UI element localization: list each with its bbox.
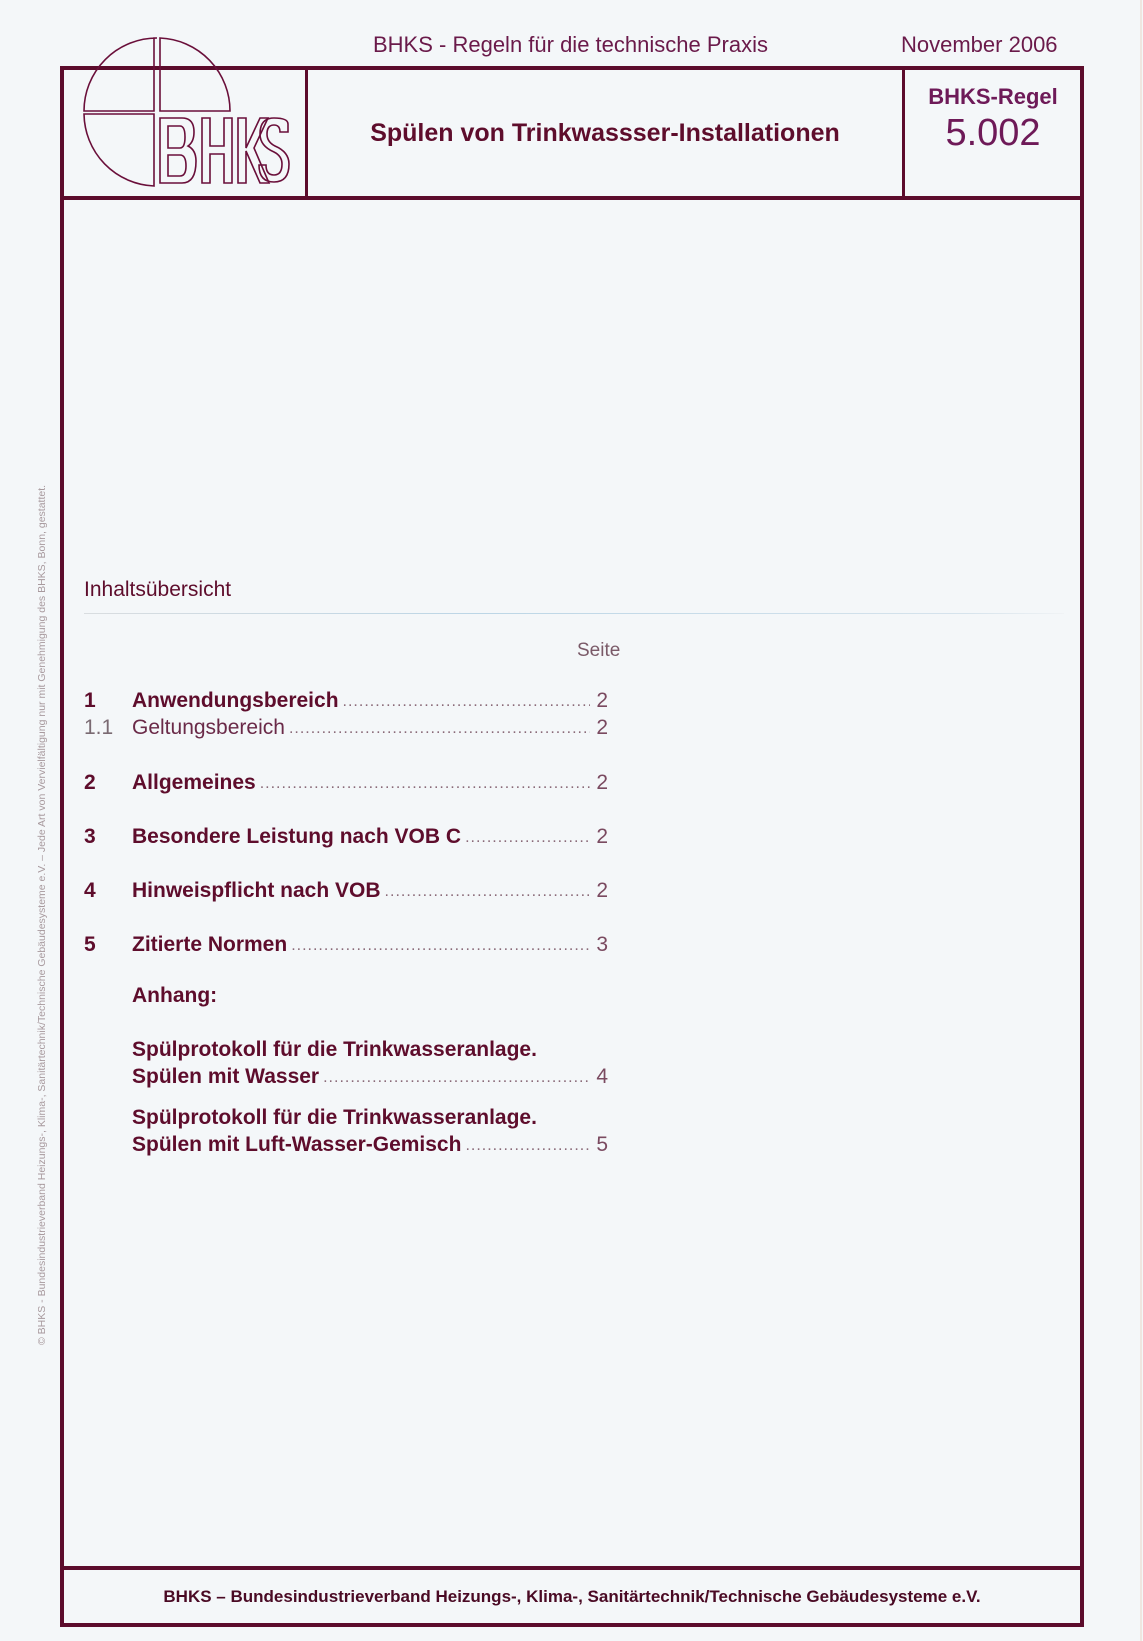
dot-leader xyxy=(465,825,590,851)
dot-leader xyxy=(465,1133,590,1159)
appendix-entry-page: 4 xyxy=(596,1065,608,1089)
toc-entry-label: Geltungsbereich xyxy=(132,716,285,742)
copyright-side-note: © BHKS - Bundesindustrieverband Heizungs… xyxy=(36,295,48,1345)
toc-entry-page: 2 xyxy=(596,689,608,713)
toc-entry-page: 2 xyxy=(596,825,608,849)
toc-entry-label: Hinweispflicht nach VOB xyxy=(132,879,381,905)
toc-entry-page: 3 xyxy=(596,933,608,957)
toc-entry-number: 2 xyxy=(84,771,96,795)
toc-entry-label: Anwendungsbereich xyxy=(132,689,339,715)
toc-entry-label: Besondere Leistung nach VOB C xyxy=(132,825,461,851)
toc-entry-label-wrap: Allgemeines xyxy=(132,771,590,797)
document-title: Spülen von Trinkwassser-Installationen xyxy=(308,70,902,196)
appendix-entry[interactable]: Spülen mit Luft-Wasser-Gemisch5 xyxy=(84,1133,608,1159)
toc-entry-number: 1 xyxy=(84,689,96,713)
toc-entry-page: 2 xyxy=(596,879,608,903)
toc-entry-label-wrap: Zitierte Normen xyxy=(132,933,590,959)
toc-entry[interactable]: 2Allgemeines2 xyxy=(84,771,608,797)
toc-entry-label: Zitierte Normen xyxy=(132,933,287,959)
toc-entry-number: 4 xyxy=(84,879,96,903)
publication-date: November 2006 xyxy=(901,32,1058,58)
toc-entry[interactable]: 1.1Geltungsbereich2 xyxy=(84,716,608,742)
regel-box: BHKS-Regel 5.002 xyxy=(905,70,1081,196)
page-column-label: Seite xyxy=(577,640,620,662)
appendix-heading: Anhang: xyxy=(132,984,217,1008)
toc-entry[interactable]: 1Anwendungsbereich2 xyxy=(84,689,608,715)
toc-entry-page: 2 xyxy=(596,716,608,740)
footer-organization: BHKS – Bundesindustrieverband Heizungs-,… xyxy=(64,1570,1080,1623)
toc-entry-label: Allgemeines xyxy=(132,771,256,797)
toc-entry-label-wrap: Besondere Leistung nach VOB C xyxy=(132,825,590,851)
dot-leader xyxy=(343,689,590,715)
appendix-entry-title: Spülprotokoll für die Trinkwasseranlage. xyxy=(132,1038,537,1062)
series-title: BHKS - Regeln für die technische Praxis xyxy=(373,32,768,58)
bhks-logo-icon xyxy=(82,36,292,196)
toc-entry-label-wrap: Anwendungsbereich xyxy=(132,689,590,715)
appendix-entry-page: 5 xyxy=(596,1133,608,1157)
toc-entry-label-wrap: Hinweispflicht nach VOB xyxy=(132,879,590,905)
toc-entry-label-wrap: Spülen mit Luft-Wasser-Gemisch xyxy=(132,1133,590,1159)
dot-leader xyxy=(385,879,590,905)
appendix-entry-label: Spülen mit Luft-Wasser-Gemisch xyxy=(132,1133,461,1159)
toc-entry-label-wrap: Spülen mit Wasser xyxy=(132,1065,590,1091)
appendix-entry-label: Spülen mit Wasser xyxy=(132,1065,319,1091)
toc-entry[interactable]: 3Besondere Leistung nach VOB C2 xyxy=(84,825,608,851)
appendix-entry[interactable]: Spülen mit Wasser4 xyxy=(84,1065,608,1091)
appendix-entry-title: Spülprotokoll für die Trinkwasseranlage. xyxy=(132,1106,537,1130)
toc-entry-page: 2 xyxy=(596,771,608,795)
toc-entry[interactable]: 4Hinweispflicht nach VOB2 xyxy=(84,879,608,905)
toc-divider xyxy=(84,613,1064,614)
dot-leader xyxy=(291,933,590,959)
dot-leader xyxy=(260,771,590,797)
toc-entry[interactable]: 5Zitierte Normen3 xyxy=(84,933,608,959)
dot-leader xyxy=(289,716,590,742)
toc-entry-number: 5 xyxy=(84,933,96,957)
regel-number: 5.002 xyxy=(905,112,1081,155)
toc-entry-number: 1.1 xyxy=(84,716,113,740)
regel-label: BHKS-Regel xyxy=(905,84,1081,110)
toc-entry-number: 3 xyxy=(84,825,96,849)
toc-entry-label-wrap: Geltungsbereich xyxy=(132,716,590,742)
page-edge xyxy=(1140,0,1142,1641)
dot-leader xyxy=(323,1065,590,1091)
toc-heading: Inhaltsübersicht xyxy=(84,578,231,602)
